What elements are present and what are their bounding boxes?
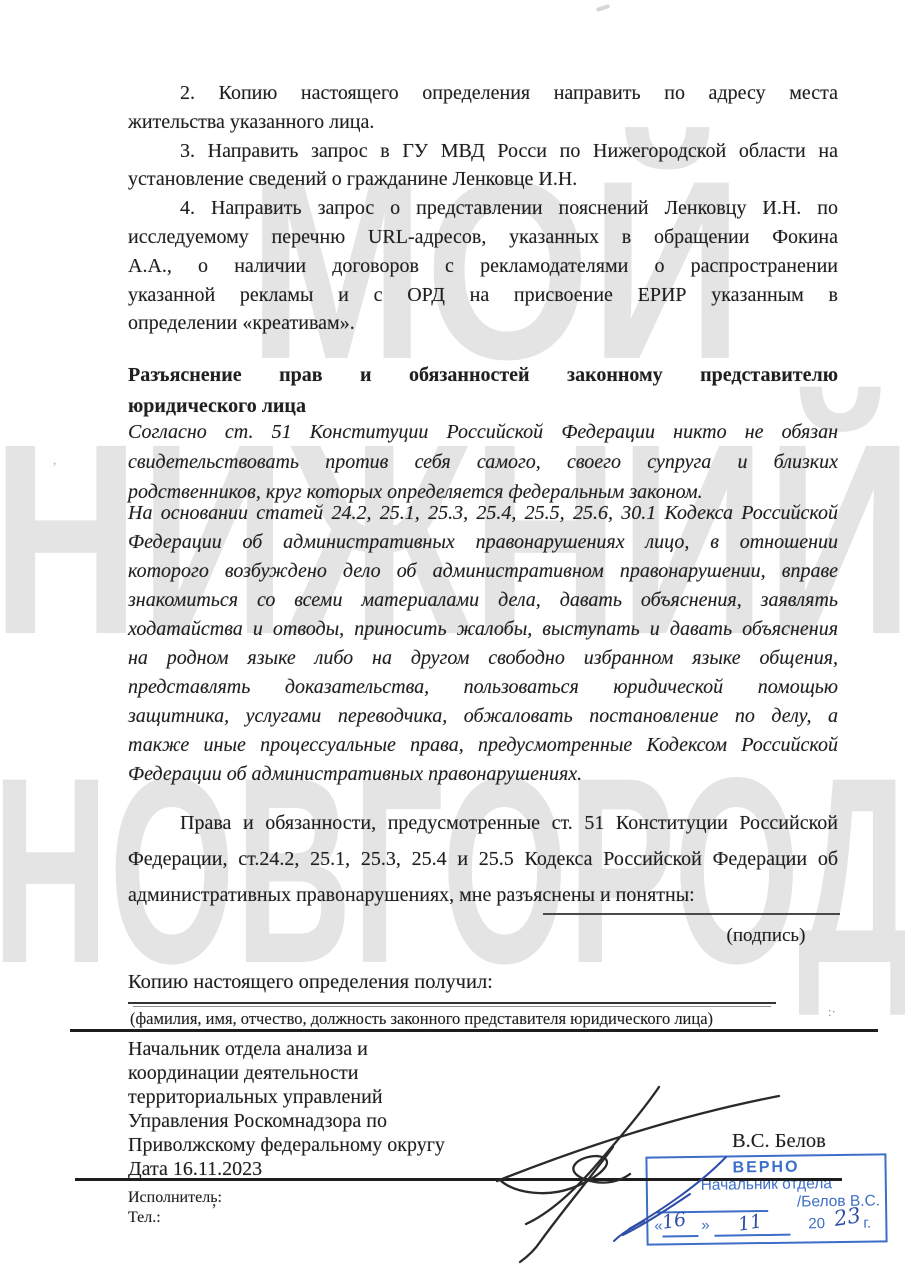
stamp-quote-close: »	[701, 1217, 710, 1234]
dept-line: территориальных управлений	[128, 1086, 383, 1109]
approver-name: В.С. Белов	[732, 1130, 826, 1153]
section-heading-line: Разъяснение прав и обязанностей законном…	[128, 364, 838, 392]
stamp-year-prefix: 20	[808, 1215, 825, 1232]
signature-blank-line	[543, 913, 840, 915]
paragraph-3-line: 3. Направить запрос в ГУ МВД Росси по Ни…	[128, 140, 838, 168]
italic-paragraph-line: на родном языке либо на другом свободно …	[128, 647, 838, 675]
phone-label: Тел.:	[128, 1209, 161, 1227]
fio-blank-line	[128, 1002, 776, 1004]
italic-paragraph-line: знакомиться со всеми материалами дела, д…	[128, 589, 838, 617]
separator-heavy-line	[70, 1029, 878, 1032]
scan-artifact: ,	[212, 1191, 216, 1211]
signature-rule-line	[75, 1178, 842, 1181]
handwritten-month: 11	[736, 1210, 763, 1236]
italic-paragraph-line: Федерации об административных правонаруш…	[128, 763, 838, 791]
stamp-day-blank	[662, 1235, 698, 1237]
executor-label: Исполнитель:	[128, 1189, 222, 1207]
stamp-month-blank	[714, 1234, 790, 1237]
dept-line: координации деятельности	[128, 1062, 359, 1085]
section-heading-line: юридического лица	[128, 395, 838, 423]
italic-paragraph-line: которого возбуждено дело об администрати…	[128, 560, 838, 588]
fio-caption: (фамилия, имя, отчество, должность закон…	[130, 1009, 713, 1029]
paragraph-4-line: А.А., о наличии договоров с рекламодател…	[128, 255, 838, 283]
paragraph-2-line: 2. Копию настоящего определения направит…	[128, 82, 838, 110]
paragraph-4-line: определении «креативам».	[128, 312, 838, 340]
scanned-legal-document: МОЙ НИЖНИЙ НОВГОРОД ’ :· 2. Копию настоя…	[0, 0, 905, 1280]
rights-paragraph-line: Федерации, ст.24.2, 25.1, 25.3, 25.4 и 2…	[128, 848, 838, 876]
handwritten-year: 23	[832, 1203, 862, 1231]
italic-paragraph-line: ходатайства и отводы, приносить жалобы, …	[128, 618, 838, 646]
italic-paragraph-line: также иные процессуальные права, предусм…	[128, 734, 838, 762]
fio-blank-line-echo	[133, 1006, 771, 1007]
paragraph-4-line: исследуемому перечню URL-адресов, указан…	[128, 226, 838, 254]
paragraph-4-line: указанной рекламы и с ОРД на присвоение …	[128, 284, 838, 312]
verification-stamp: ВЕРНО Начальник отдела /Белов В.С. « » 2…	[645, 1153, 887, 1245]
rights-paragraph-line: Права и обязанности, предусмотренные ст.…	[128, 812, 838, 840]
dept-line: Приволжскому федеральному округу	[128, 1134, 445, 1157]
signature-caption: (подпись)	[700, 925, 832, 947]
paragraph-3-line: установление сведений о гражданине Ленко…	[128, 168, 838, 196]
dept-line: Управления Роскомнадзора по	[128, 1110, 387, 1133]
stamp-year-suffix: г.	[863, 1215, 871, 1232]
scan-artifact: ’	[52, 460, 57, 477]
copy-received-text: Копию настоящего определения получил:	[128, 971, 493, 994]
paragraph-2-line: жительства указанного лица.	[128, 111, 838, 139]
italic-paragraph-line: представлять доказательства, пользоватьс…	[128, 676, 838, 704]
italic-paragraph-line: свидетельствовать против себя самого, св…	[128, 451, 838, 479]
italic-paragraph-line: Согласно ст. 51 Конституции Российской Ф…	[128, 421, 838, 449]
handwritten-day: 16	[660, 1208, 687, 1234]
scan-artifact: :·	[828, 1004, 836, 1020]
paragraph-4-line: 4. Направить запрос о представлении пояс…	[128, 197, 838, 225]
italic-paragraph-line: На основании статей 24.2, 25.1, 25.3, 25…	[128, 502, 838, 530]
dept-line: Начальник отдела анализа и	[128, 1038, 368, 1061]
italic-paragraph-line: Федерации об административных правонаруш…	[128, 531, 838, 559]
rights-paragraph-line: административных правонарушениях, мне ра…	[128, 884, 838, 912]
italic-paragraph-line: защитника, услугами переводчика, обжалов…	[128, 705, 838, 733]
